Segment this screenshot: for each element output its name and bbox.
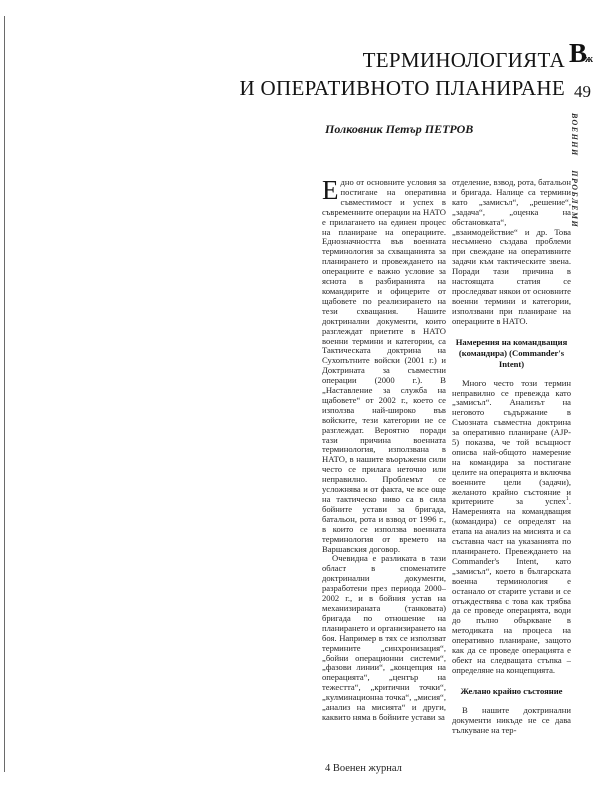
section-heading-line2: (командира) (Commander's Intent) [452,348,571,370]
section-side-label: ВОЕННИ ПРОБЛЕМИ [570,113,579,228]
paragraph: Очевидна е разликата в тази област в спо… [322,554,446,722]
journal-logo-small-letter: ж [585,53,593,65]
paragraph-text: . Намеренията на командващия (командира)… [452,496,571,674]
paragraph-text: Много често този термин неправилно се пр… [452,378,571,507]
article-title-line2: И ОПЕРАТИВНОТО ПЛАНИРАНЕ [240,74,565,102]
article-title-line1: ТЕРМИНОЛОГИЯТА [240,46,565,74]
page-number: 49 [574,82,591,102]
journal-logo: Вж [569,40,593,67]
text-column-left: Едно от основните условия за постигане н… [322,178,446,760]
section-heading-commanders-intent: Намерения на командващия (командира) (Co… [452,337,571,370]
scanned-journal-page: ТЕРМИНОЛОГИЯТА И ОПЕРАТИВНОТО ПЛАНИРАНЕ … [0,0,600,800]
scan-edge-line [4,16,5,772]
paragraph-text: дно от основните условия за постигане на… [322,178,446,554]
author-byline: Полковник Петър ПЕТРОВ [325,122,473,137]
paragraph: Много често този термин неправилно се пр… [452,379,571,676]
drop-cap: Е [322,178,341,202]
paragraph-text: Очевидна е разликата в тази област в спо… [322,553,446,722]
article-title: ТЕРМИНОЛОГИЯТА И ОПЕРАТИВНОТО ПЛАНИРАНЕ [240,46,565,102]
section-heading-desired-end-state: Желано крайно състояние [452,686,571,697]
section-heading-line1: Желано крайно състояние [452,686,571,697]
paragraph-text: отделение, взвод, рота, батальон и брига… [452,178,571,326]
paragraph-text: В нашите доктринални документи никъде не… [452,705,571,735]
text-column-right: отделение, взвод, рота, батальон и брига… [452,178,571,760]
section-heading-line1: Намерения на командващия [452,337,571,348]
paragraph: В нашите доктринални документи никъде не… [452,706,571,736]
page-footer: 4 Военен журнал [325,763,402,774]
paragraph: Едно от основните условия за постигане н… [322,178,446,554]
paragraph: отделение, взвод, рота, батальон и брига… [452,178,571,327]
